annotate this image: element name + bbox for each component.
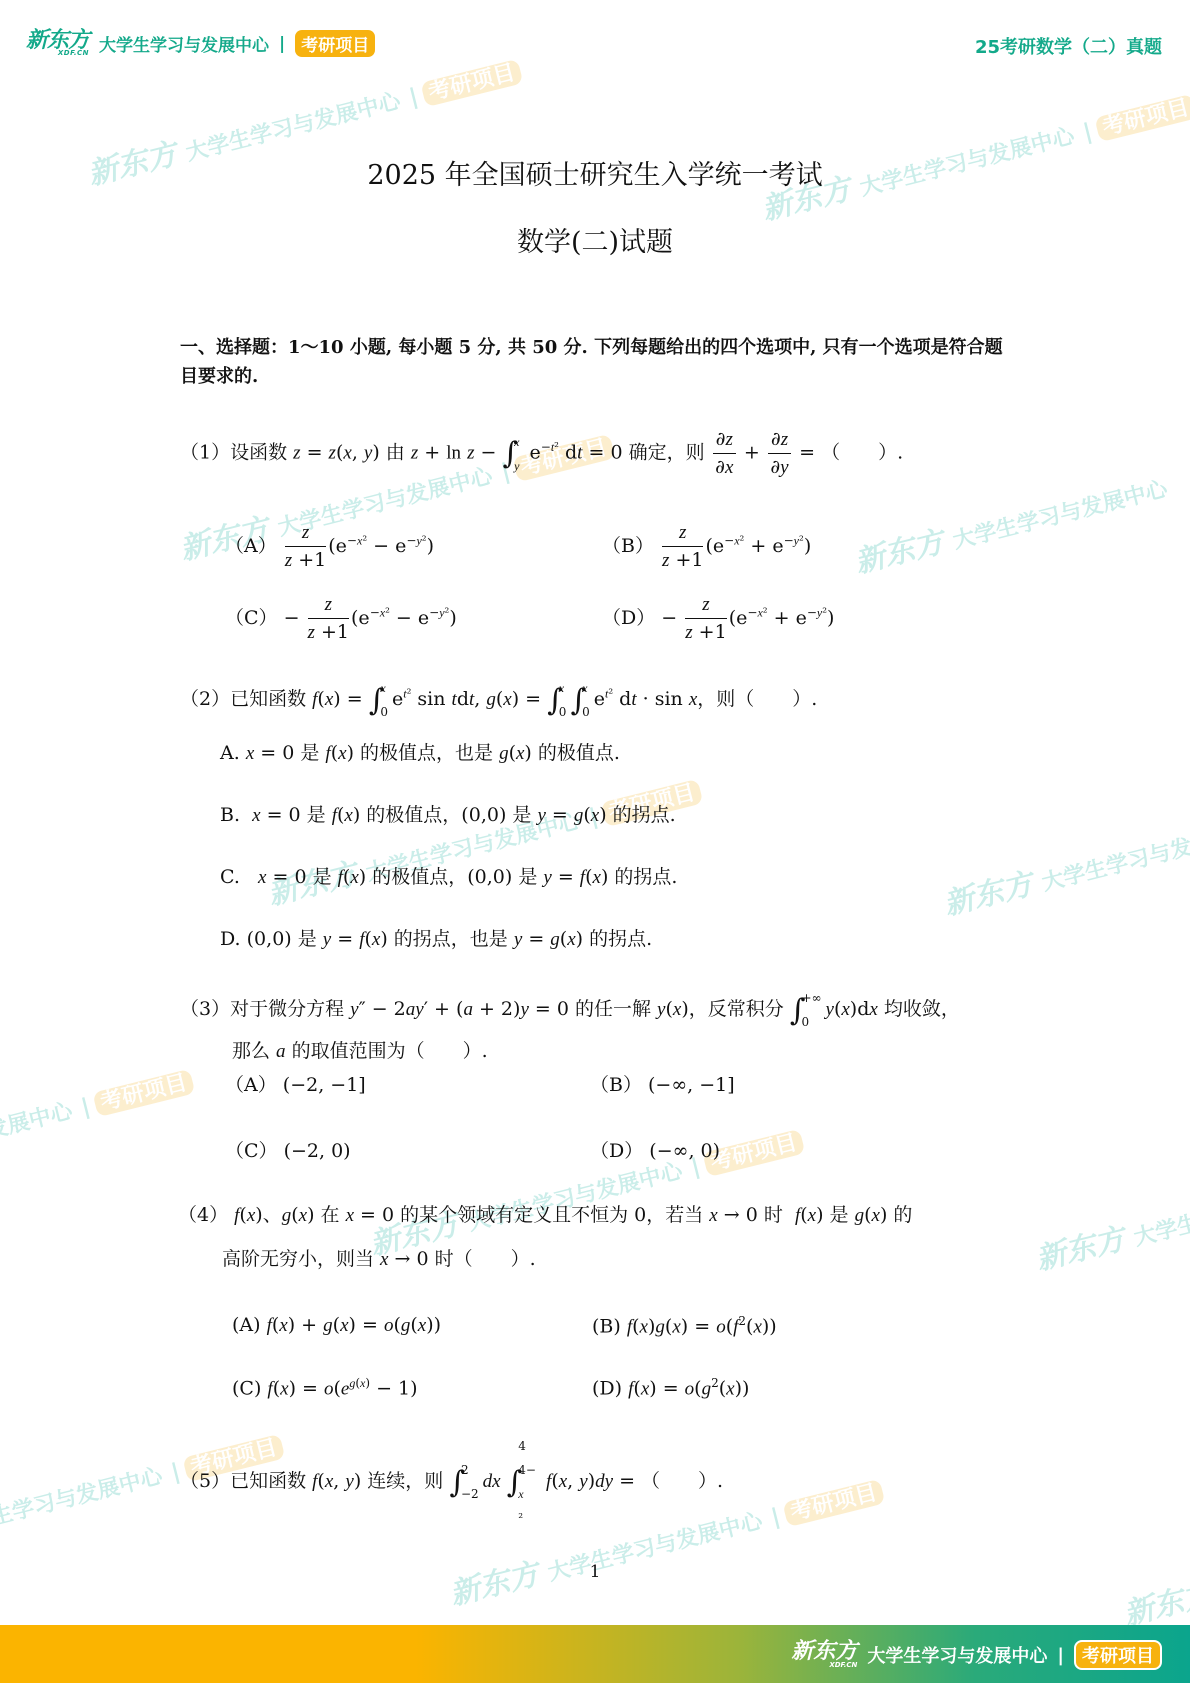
question-4-option-b[interactable]: (B) f(x)g(x) = o(f2(x)) [592,1314,777,1338]
question-1-stem: （1）设函数 z = z(x, y) 由 z + ln z − ∫xy e−t²… [180,426,903,481]
question-number: （1） [180,442,230,464]
header-org-name: 大学生学习与发展中心 [99,31,269,56]
footer-separator: | [1057,1645,1064,1666]
header-separator: | [279,34,285,54]
question-3-option-a[interactable]: （A） (−2, −1] [225,1070,366,1097]
question-number: （4） [178,1204,228,1226]
question-number: （5） [180,1470,230,1492]
question-3-stem-line2: 那么 a 的取值范围为（ ）. [232,1036,488,1063]
section-heading: 一、选择题：1～10 小题, 每小题 5 分, 共 50 分. 下列每题给出的四… [180,333,1020,391]
watermark: 新东方大学生学习与发展中心|考研项目 [263,763,705,913]
page-number: 1 [0,1562,1190,1582]
question-5-stem: （5）已知函数 f(x, y) 连续，则 ∫2−2dx ∫44−x² f(x, … [180,1434,723,1530]
question-3-option-d[interactable]: （D） (−∞, 0) [590,1136,720,1163]
question-4-option-d[interactable]: (D) f(x) = o(g2(x)) [592,1376,749,1400]
question-2-stem: （2）已知函数 f(x) = ∫x0et² sin tdt, g(x) = ∫x… [180,676,817,724]
watermark: 新东方大学生学习与发展中心 [939,803,1190,923]
question-2-option-c[interactable]: C. x = 0 是 f(x) 的极值点，(0,0) 是 y = f(x) 的拐… [220,862,677,889]
footer-banner: 新东方 XDF.CN 大学生学习与发展中心 | 考研项目 [0,1625,1190,1683]
question-1-option-a[interactable]: （A） zz +1(e−x² − e−y²) [225,520,434,574]
question-number: （2） [180,688,230,710]
question-3-option-b[interactable]: （B） (−∞, −1] [590,1070,735,1097]
question-4-stem: （4） f(x)、g(x) 在 x = 0 的某个领域有定义且不恒为 0，若当 … [178,1200,912,1227]
question-2-option-b[interactable]: B. x = 0 是 f(x) 的极值点，(0,0) 是 y = g(x) 的拐… [220,800,676,827]
header-program-badge: 考研项目 [295,30,375,57]
question-4-stem-line2: 高阶无穷小，则当 x → 0 时（ ）. [222,1244,536,1271]
footer-program-badge: 考研项目 [1074,1640,1162,1670]
question-2-option-a[interactable]: A. x = 0 是 f(x) 的极值点，也是 g(x) 的极值点. [220,738,620,765]
question-number: （3） [180,998,230,1020]
question-1-option-c[interactable]: （C） − zz +1(e−x² − e−y²) [225,592,457,646]
question-1-option-b[interactable]: （B） zz +1(e−x² + e−y²) [602,520,811,574]
question-4-option-a[interactable]: (A) f(x) + g(x) = o(g(x)) [232,1314,441,1337]
question-1-option-d[interactable]: （D） − zz +1(e−x² + e−y²) [602,592,834,646]
xdf-logo: 新东方 XDF.CN [26,30,89,57]
question-4-option-c[interactable]: (C) f(x) = o(eg(x) − 1) [232,1376,418,1400]
watermark: 新东方大学生学习与发展中心|考研项目 [0,1053,196,1203]
header-doc-label: 25考研数学（二）真题 [975,33,1162,59]
exam-subtitle: 数学(二)试题 [0,220,1190,259]
watermark: 新东方大学生学习与发展中心|考研项目 [365,1113,807,1263]
exam-title: 2025 年全国硕士研究生入学统一考试 [0,153,1190,192]
footer-org-name: 大学生学习与发展中心 [867,1642,1047,1668]
header: 新东方 XDF.CN 大学生学习与发展中心 | 考研项目 [26,30,375,57]
watermark: 新东方大学生学习与发展中心 [1031,1158,1190,1278]
question-2-option-d[interactable]: D. (0,0) 是 y = f(x) 的拐点，也是 y = g(x) 的拐点. [220,924,652,951]
question-3-stem: （3）对于微分方程 y″ − 2ay′ + (a + 2)y = 0 的任一解 … [180,986,960,1034]
footer-xdf-logo: 新东方 XDF.CN [791,1642,857,1669]
question-3-option-c[interactable]: （C） (−2, 0) [225,1136,351,1163]
